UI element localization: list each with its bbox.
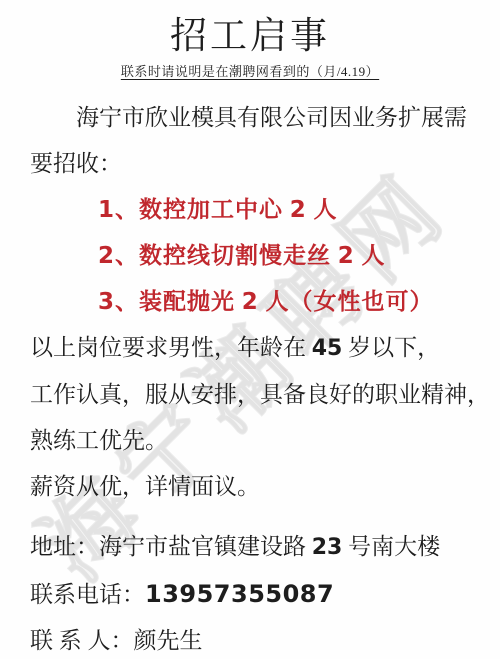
contact-name: 颜先生	[134, 628, 203, 653]
intro-line-1: 海宁市欣业模具有限公司因业务扩展需	[30, 95, 470, 141]
phone-line: 联系电话：13957355087	[30, 571, 470, 618]
contact-line: 联 系 人：颜先生	[30, 618, 470, 659]
source-note: 联系时请说明是在潮聘网看到的（月/4.19）	[30, 63, 470, 80]
contact-label: 联 系 人：	[30, 628, 134, 653]
position-item-3: 3、装配抛光 2 人（女性也可）	[98, 279, 470, 325]
requirements-1-post: 岁以下，	[342, 335, 440, 360]
position-1-count: 2	[290, 197, 307, 223]
address-number: 23	[312, 535, 343, 560]
age-limit-number: 45	[312, 336, 343, 361]
position-3-index: 3	[98, 289, 115, 315]
position-1-title: 、数控加工中心	[115, 197, 290, 222]
position-3-unit: 人（女性也可）	[259, 289, 434, 314]
position-2-unit: 人	[355, 243, 386, 268]
position-1-unit: 人	[307, 197, 338, 222]
intro-line-2: 要招收：	[30, 141, 470, 187]
address-pre: 地址：海宁市盐官镇建设路	[30, 534, 312, 559]
address-post: 号南大楼	[342, 534, 440, 559]
salary-line: 薪资从优，详情面议。	[30, 464, 470, 510]
page-title: 招工启事	[30, 0, 470, 60]
position-2-title: 、数控线切割慢走丝	[115, 243, 338, 268]
requirements-line-1: 以上岗位要求男性，年龄在 45 岁以下，	[30, 325, 470, 372]
requirements-line-2: 工作认真，服从安排，具备良好的职业精神，	[30, 372, 470, 418]
position-item-2: 2、数控线切割慢走丝 2 人	[98, 233, 470, 279]
position-item-1: 1、数控加工中心 2 人	[98, 187, 470, 233]
requirements-1-pre: 以上岗位要求男性，年龄在	[30, 335, 312, 360]
phone-label: 联系电话：	[30, 582, 145, 607]
position-3-title: 、装配抛光	[115, 289, 242, 314]
position-2-count: 2	[338, 243, 355, 269]
address-line: 地址：海宁市盐官镇建设路 23 号南大楼	[30, 524, 470, 571]
notice-content: 招工启事 联系时请说明是在潮聘网看到的（月/4.19） 海宁市欣业模具有限公司因…	[0, 0, 500, 659]
position-2-index: 2	[98, 243, 115, 269]
requirements-line-3: 熟练工优先。	[30, 418, 470, 464]
position-1-index: 1	[98, 197, 115, 223]
position-3-count: 2	[242, 289, 259, 315]
recruitment-notice-page: 海宁潮聘网 招工启事 联系时请说明是在潮聘网看到的（月/4.19） 海宁市欣业模…	[0, 0, 500, 659]
phone-number: 13957355087	[145, 580, 334, 608]
